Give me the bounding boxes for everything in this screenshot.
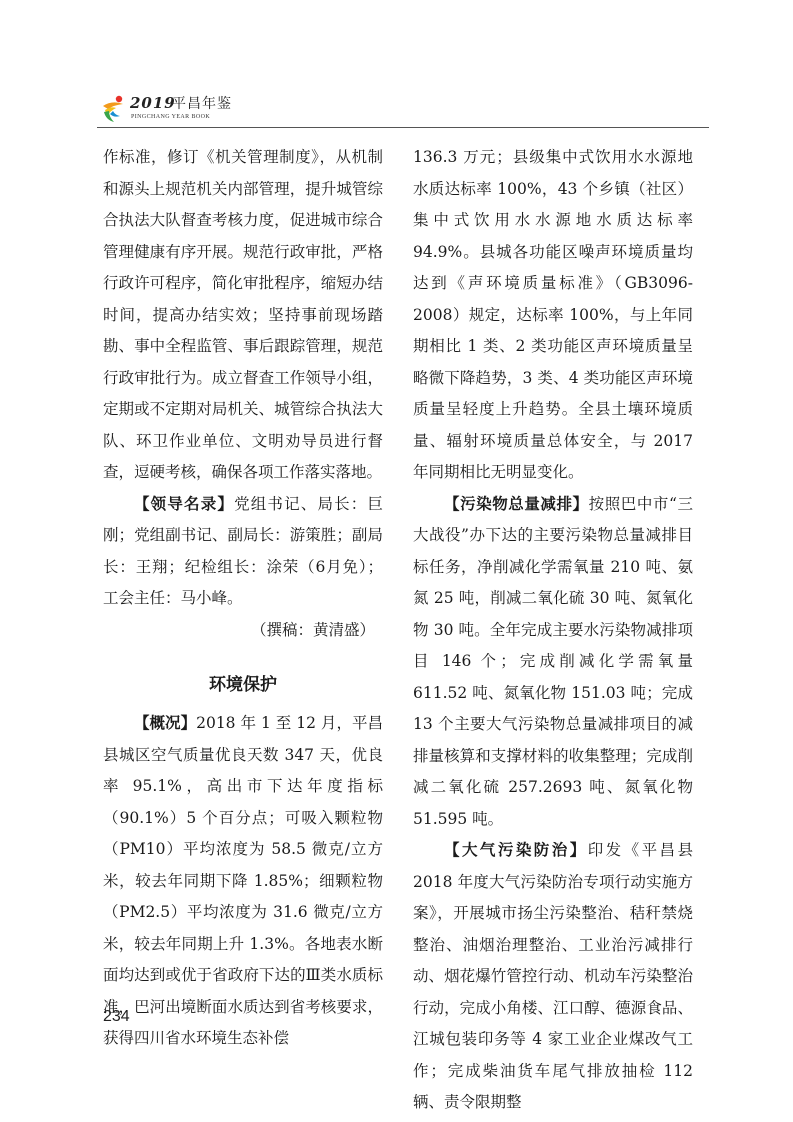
- paragraph-leaders: 【领导名录】党组书记、局长：巨刚；党组副书记、副局长：游策胜；副局长：王翔；纪检…: [103, 489, 383, 615]
- paragraph-air-pollution: 【大气污染防治】印发《平昌县 2018 年度大气污染防治专项行动实施方案》，开展…: [413, 835, 693, 1119]
- emission-keyword: 【污染物总量减排】: [444, 495, 589, 513]
- paragraph-overview-continuation: 136.3 万元；县级集中式饮用水水源地水质达标率 100%，43 个乡镇（社区…: [413, 142, 693, 489]
- pingchang-yearbook-logo-icon: [100, 94, 126, 124]
- paragraph-emission-reduction: 【污染物总量减排】按照巴中市“三大战役”办下达的主要污染物总量减排目标任务，净削…: [413, 489, 693, 836]
- right-column: 136.3 万元；县级集中式饮用水水源地水质达标率 100%，43 个乡镇（社区…: [413, 142, 693, 1119]
- air-pollution-keyword: 【大气污染防治】: [444, 841, 588, 859]
- left-column: 作标准，修订《机关管理制度》，从机制和源头上规范机关内部管理，提升城管综合执法大…: [103, 142, 383, 1055]
- header-divider: [97, 127, 709, 128]
- byline: （撰稿：黄清盛）: [103, 615, 383, 647]
- section-title: 环境保护: [103, 668, 383, 702]
- page-header: 2019 平昌年鉴 PINGCHANG YEAR BOOK: [100, 92, 710, 126]
- overview-text: 2018 年 1 至 12 月，平昌县城区空气质量优良天数 347 天，优良率 …: [103, 714, 383, 1047]
- logo-title: 平昌年鉴: [172, 93, 232, 113]
- paragraph-continuation: 作标准，修订《机关管理制度》，从机制和源头上规范机关内部管理，提升城管综合执法大…: [103, 142, 383, 489]
- logo-subtitle: PINGCHANG YEAR BOOK: [131, 114, 210, 120]
- leaders-keyword: 【领导名录】: [134, 495, 234, 513]
- air-pollution-text: 印发《平昌县 2018 年度大气污染防治专项行动实施方案》，开展城市扬尘污染整治…: [413, 841, 693, 1111]
- logo-year: 2019: [130, 94, 176, 112]
- paragraph-overview: 【概况】2018 年 1 至 12 月，平昌县城区空气质量优良天数 347 天，…: [103, 708, 383, 1055]
- page-number: 234: [103, 1008, 130, 1026]
- emission-text: 按照巴中市“三大战役”办下达的主要污染物总量减排目标任务，净削减化学需氧量 21…: [413, 495, 693, 828]
- overview-keyword: 【概况】: [134, 714, 196, 732]
